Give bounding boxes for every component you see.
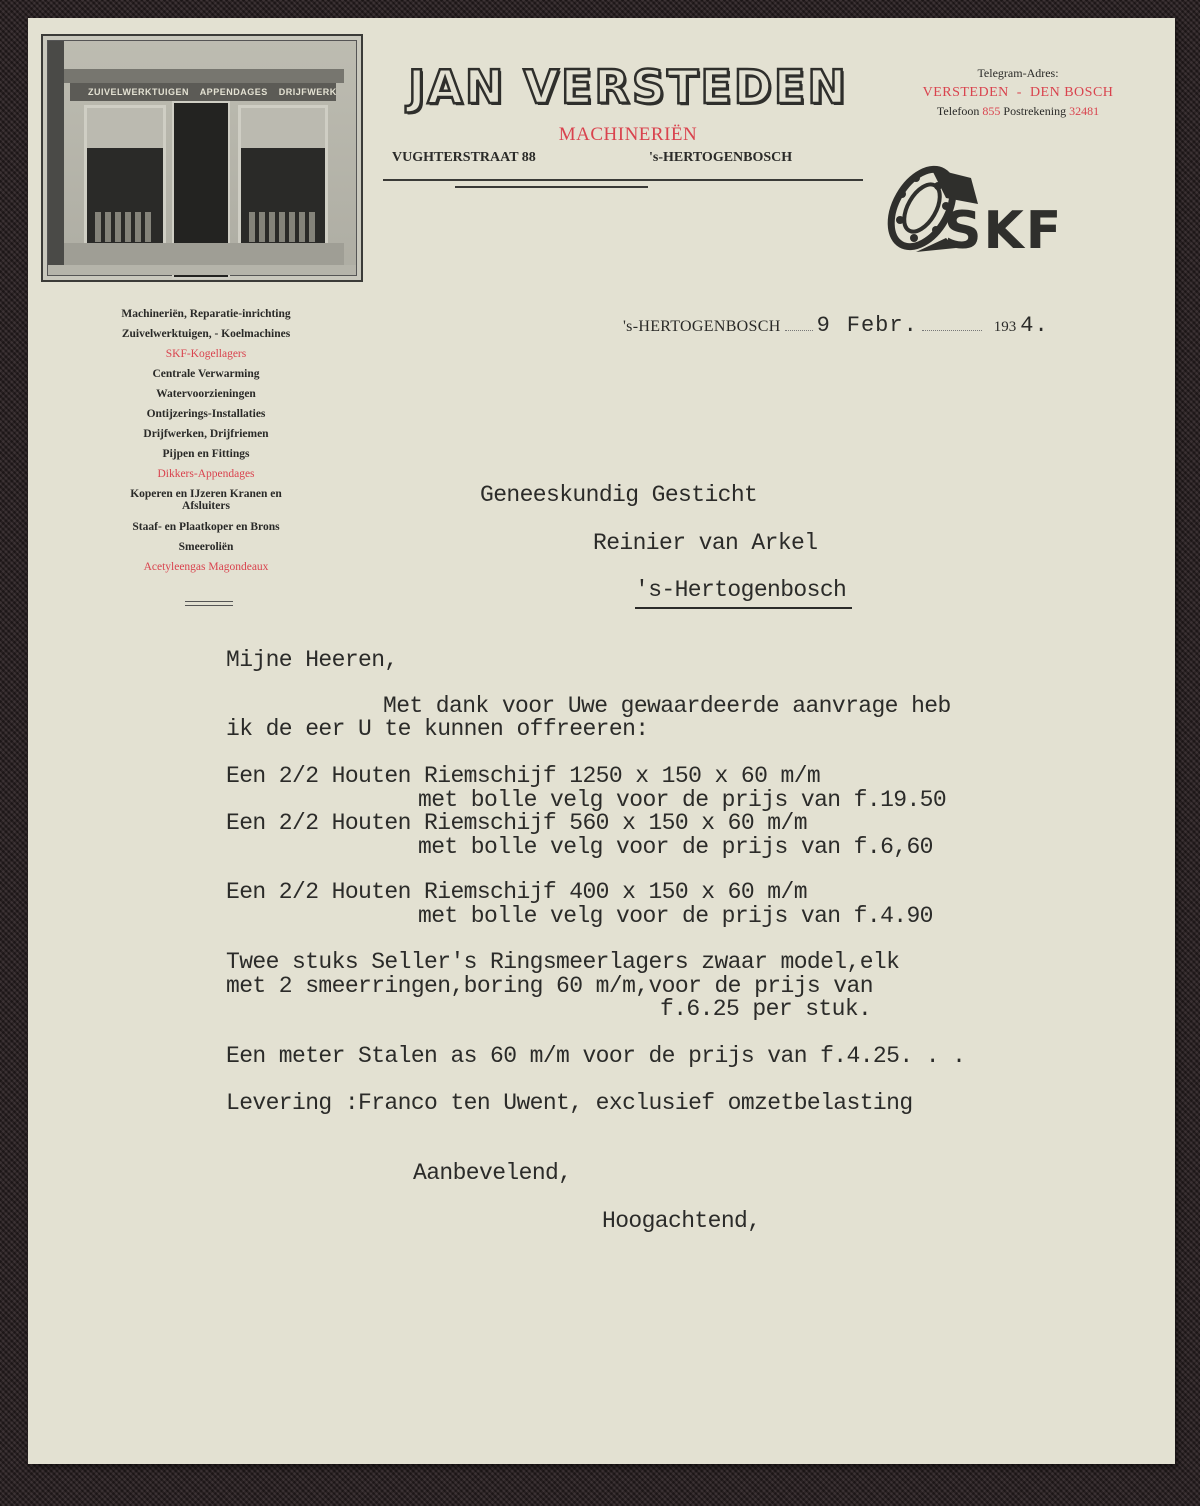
dateline: 's-HERTOGENBOSCH 9 Febr. 193 4. [623, 313, 1049, 338]
closing-2: Hoogachtend, [602, 1208, 760, 1234]
service-item: Drijfwerken, Drijfriemen [71, 424, 341, 444]
date-dots [922, 317, 982, 331]
shop-sign: ZUIVELWERKTUIGEN APPENDAGES DRIJFWERKEN [70, 83, 336, 101]
service-item: Afsluiters [71, 500, 341, 513]
service-item: Staaf- en Plaatkoper en Brons [71, 517, 341, 537]
service-item-highlight: Dikkers-Appendages [71, 464, 341, 484]
photo-pavement [48, 265, 356, 275]
telegram-separator: - [1017, 85, 1022, 100]
window-goods [95, 212, 155, 242]
header-rule-short [455, 186, 648, 188]
phone-postal-line: Telefoon 855 Postrekening 32481 [898, 102, 1138, 121]
delivery-terms: Levering :Franco ten Uwent, exclusief om… [226, 1090, 913, 1116]
offer-item-1-line-1: Een 2/2 Houten Riemschijf 1250 x 150 x 6… [226, 763, 820, 789]
date-city: 's-HERTOGENBOSCH [623, 318, 781, 335]
service-item: Pijpen en Fittings [71, 444, 341, 464]
photo-wall [48, 41, 64, 275]
postal-number: 32481 [1069, 104, 1099, 118]
shop-sign-text: DRIJFWERKEN [279, 87, 336, 97]
services-list: Machineriën, Reparatie-inrichting Zuivel… [71, 304, 341, 577]
postal-label: Postrekening [1003, 104, 1066, 118]
window-goods [249, 212, 317, 242]
intro-line-2: ik de eer U te kunnen offreeren: [226, 716, 648, 742]
bearings-line-1: Twee stuks Seller's Ringsmeerlagers zwaa… [226, 949, 899, 975]
date-century: 193 [994, 319, 1017, 335]
skf-logo: SKF [886, 156, 1116, 256]
salutation: Mijne Heeren, [226, 647, 398, 673]
header-rule [383, 179, 863, 181]
recipient-line-3: 's-Hertogenbosch [635, 577, 852, 609]
shaft-offer: Een meter Stalen as 60 m/m voor de prijs… [226, 1043, 965, 1069]
recipient-line-2: Reinier van Arkel [593, 530, 817, 556]
firm-name: JAN VERSTEDEN [388, 60, 868, 114]
contact-block: Telegram-Adres: VERSTEDEN - DEN BOSCH Te… [898, 64, 1138, 121]
phone-label: Telefoon [937, 104, 979, 118]
bearings-line-3: f.6.25 per stuk. [660, 996, 871, 1022]
window-blind [241, 108, 325, 148]
shop-sign-text: APPENDAGES [200, 87, 268, 97]
shop-sign-text: ZUIVELWERKTUIGEN [88, 87, 189, 97]
service-item: Watervoorzieningen [71, 384, 341, 404]
skf-logo-text: SKF [944, 201, 1063, 256]
offer-item-2-line-1: Een 2/2 Houten Riemschijf 560 x 150 x 60… [226, 810, 807, 836]
photo-frame: ZUIVELWERKTUIGEN APPENDAGES DRIJFWERKEN [47, 40, 357, 276]
service-item: Ontijzerings-Installaties [71, 404, 341, 424]
street-address: VUGHTERSTRAAT 88 [392, 150, 536, 166]
recipient-line-1: Geneeskundig Gesticht [480, 482, 757, 508]
letter-page: ZUIVELWERKTUIGEN APPENDAGES DRIJFWERKEN … [28, 18, 1175, 1464]
shop-window-left [84, 105, 166, 255]
offer-item-3-line-2: met bolle velg voor de prijs van f.4.90 [418, 903, 933, 929]
phone-number: 855 [982, 104, 1000, 118]
window-blind [87, 108, 163, 148]
date-day: 9 [817, 313, 831, 338]
telegram-address: VERSTEDEN - DEN BOSCH [898, 83, 1138, 102]
date-month: Febr. [847, 313, 918, 338]
city-address: 's-HERTOGENBOSCH [649, 150, 792, 166]
telegram-address-part: DEN BOSCH [1030, 85, 1113, 100]
date-year-digit: 4. [1020, 313, 1048, 338]
photo-base [64, 243, 344, 265]
trade-title: MACHINERIËN [388, 124, 868, 146]
closing-1: Aanbevelend, [413, 1160, 571, 1186]
photo-cornice [64, 69, 344, 83]
service-item-highlight: SKF-Kogellagers [71, 344, 341, 364]
service-item: Zuivelwerktuigen, - Koelmachines [71, 324, 341, 344]
offer-item-2-line-2: met bolle velg voor de prijs van f.6,60 [418, 834, 933, 860]
service-item-highlight: Acetyleengas Magondeaux [71, 557, 341, 577]
telegram-label: Telegram-Adres: [898, 64, 1138, 83]
services-rule [185, 601, 233, 606]
date-dots [785, 317, 813, 331]
service-item: Centrale Verwarming [71, 364, 341, 384]
telegram-address-part: VERSTEDEN [923, 85, 1009, 100]
offer-item-3-line-1: Een 2/2 Houten Riemschijf 400 x 150 x 60… [226, 879, 807, 905]
shop-window-right [238, 105, 328, 255]
service-item: Smeeroliën [71, 537, 341, 557]
shop-photo: ZUIVELWERKTUIGEN APPENDAGES DRIJFWERKEN [41, 34, 363, 282]
service-item: Machineriën, Reparatie-inrichting [71, 304, 341, 324]
